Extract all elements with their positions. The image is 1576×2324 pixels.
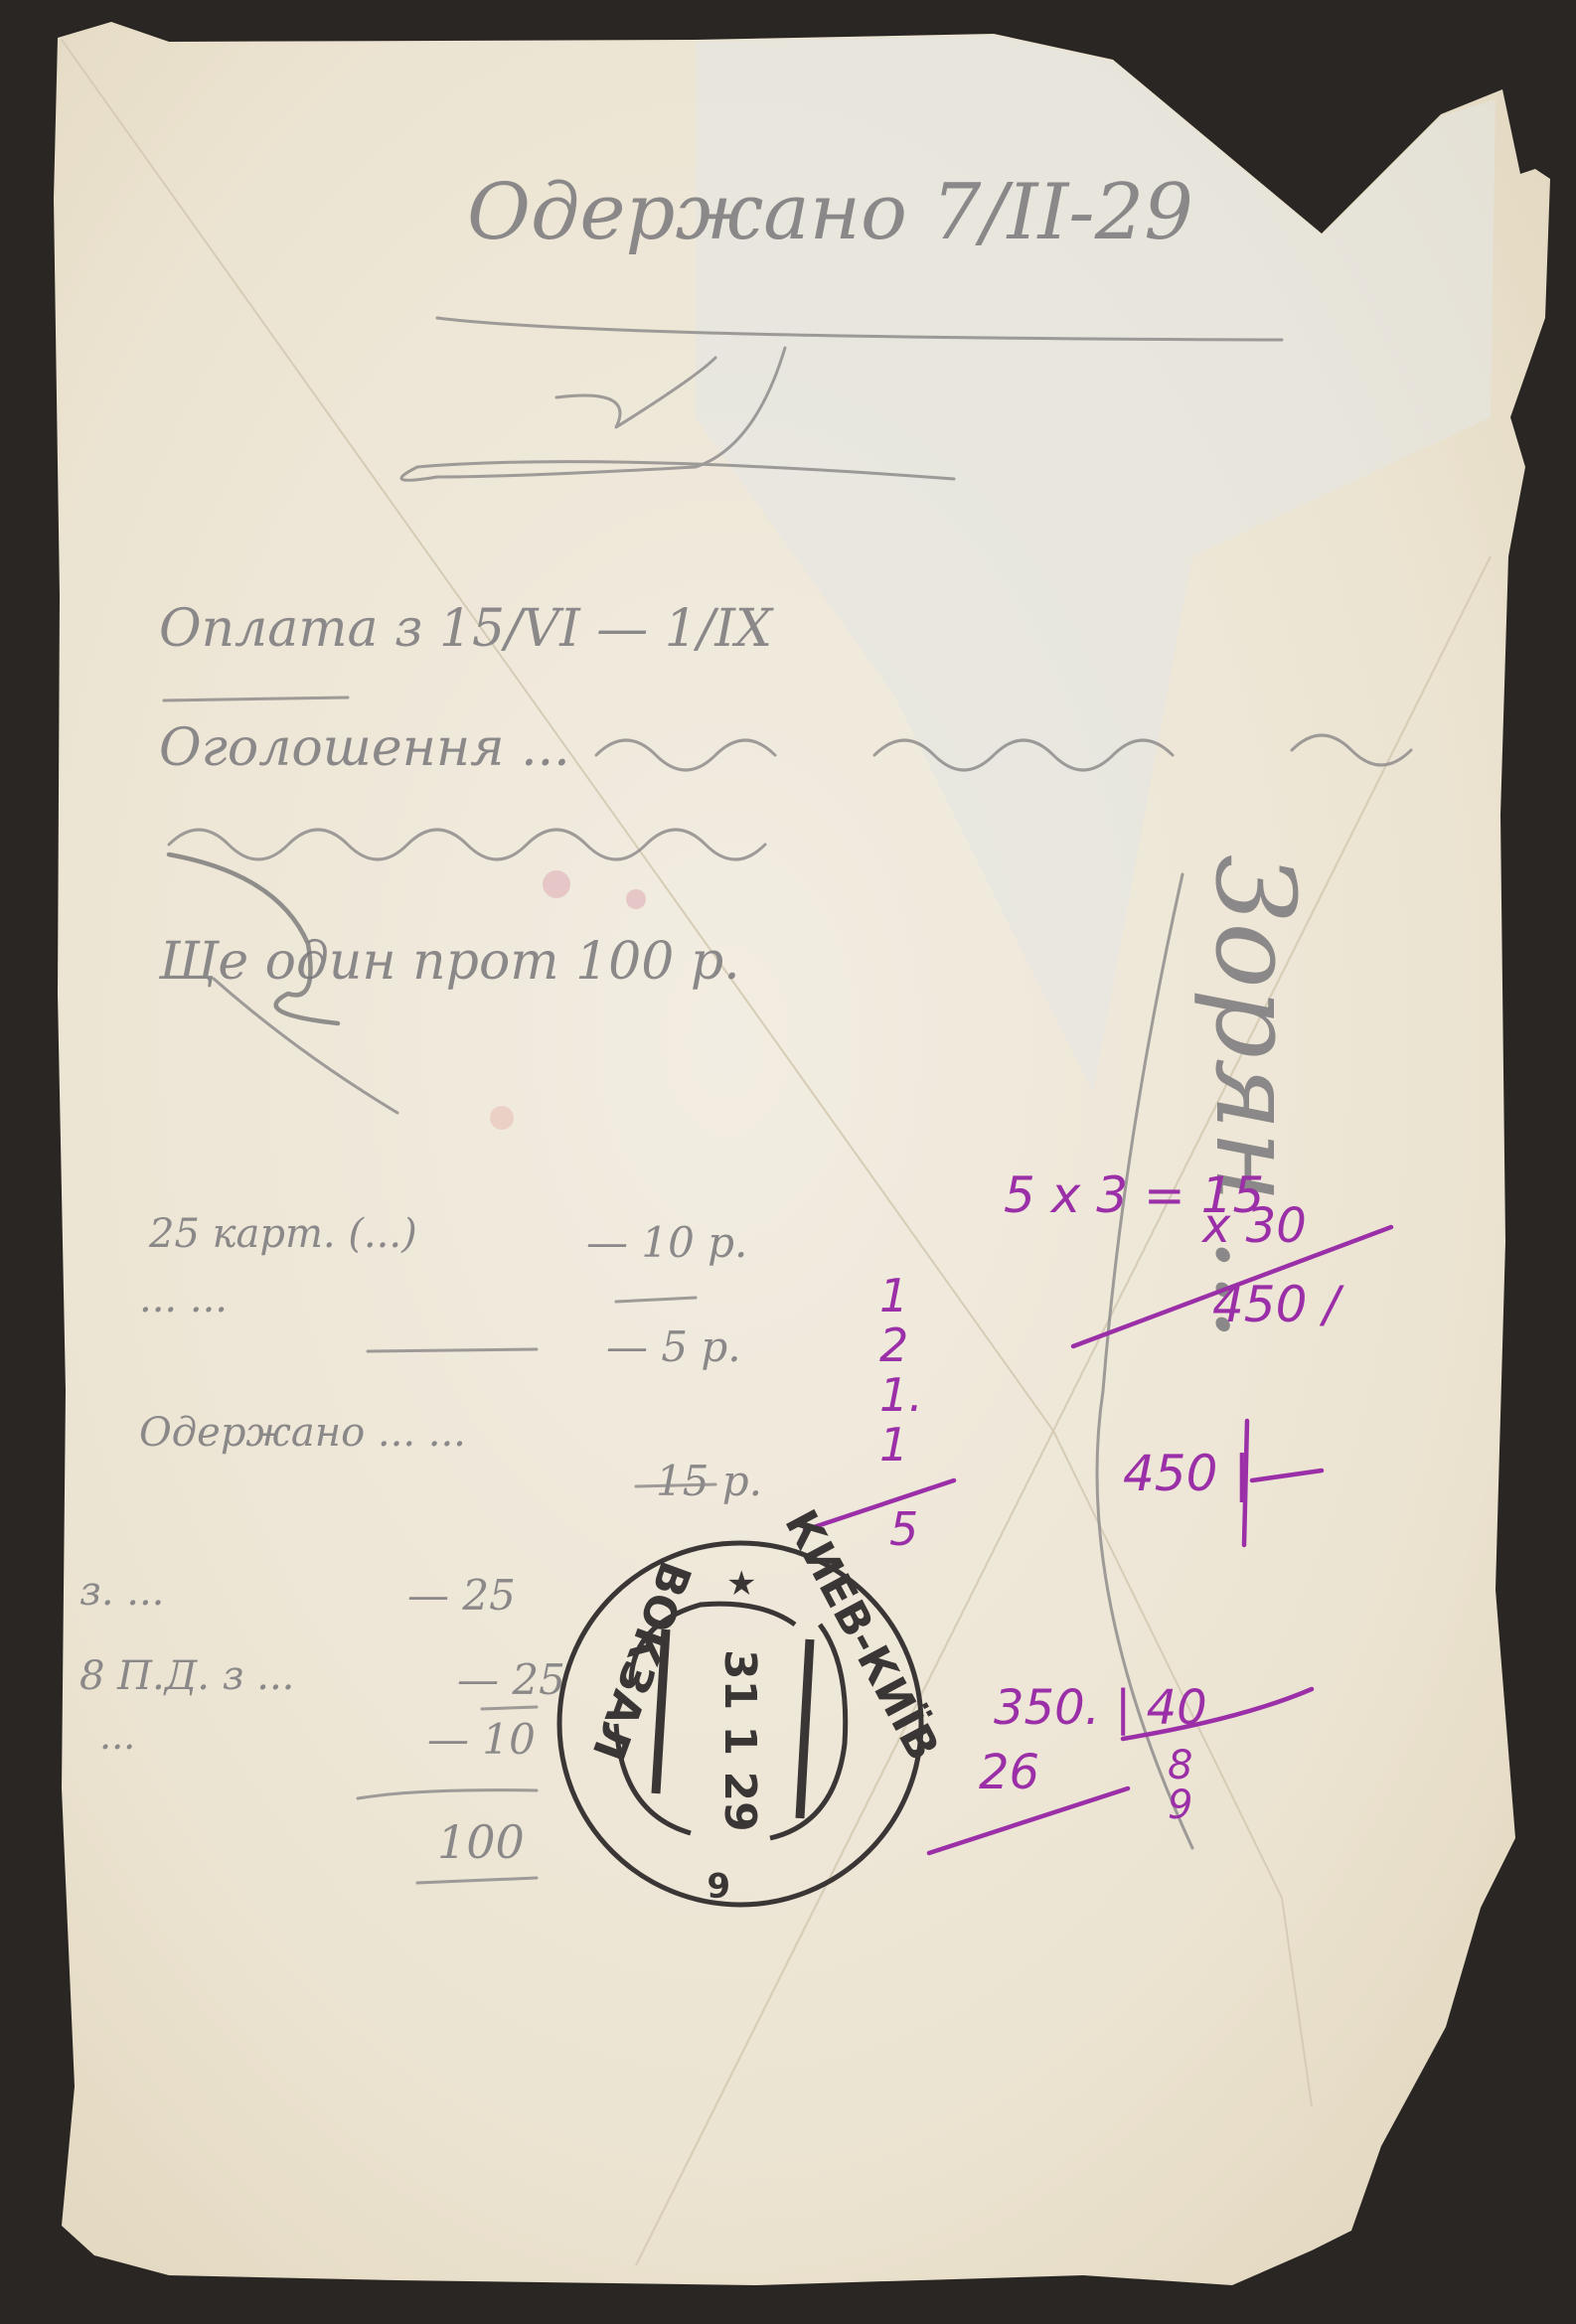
postmark-code: 6 xyxy=(707,1864,730,1904)
calc-column-3: 1. xyxy=(879,1368,923,1422)
pencil-note-1: Оплата з 15/VI — 1/IX xyxy=(159,599,774,659)
calc-middle: 450 | xyxy=(1123,1445,1250,1502)
calc-top-2: x 30 xyxy=(1200,1198,1307,1254)
ledger-row-5-label: 8 П.Д. з ... xyxy=(79,1653,294,1699)
stain xyxy=(543,870,570,898)
ledger-row-2-amount: — 5 р. xyxy=(606,1322,741,1371)
vertical-pencil-word: Зорян ... xyxy=(1191,854,1319,1341)
ledger-row-3-amount: 15 р. xyxy=(656,1457,762,1505)
stain xyxy=(626,889,646,909)
ledger-row-4-label: з. ... xyxy=(79,1569,164,1615)
calc-top-3: 450 / xyxy=(1212,1276,1344,1333)
stain xyxy=(490,1106,514,1130)
pencil-header-line1: Одержано 7/II-29 xyxy=(467,168,1193,257)
ledger-row-1-amount: — 10 р. xyxy=(586,1218,747,1267)
envelope-photo: Одержано 7/II-29 Оплата з 15/VI — 1/IX О… xyxy=(0,0,1576,2324)
ledger-row-6-label: ... xyxy=(99,1714,135,1758)
calc-bottom-2: 26 xyxy=(979,1745,1039,1800)
calc-bottom-4: 9 xyxy=(1168,1782,1192,1828)
calc-column-1: 1 xyxy=(879,1269,908,1322)
pencil-note-2: Оголошення ... xyxy=(159,718,570,778)
calc-column-4: 1 xyxy=(879,1418,908,1472)
ledger-row-1-label: 25 карт. (...) xyxy=(148,1211,417,1257)
postmark-star: ★ xyxy=(726,1564,756,1604)
ledger-row-3-label: Одержано ... ... xyxy=(139,1410,466,1456)
ledger-row-6-amount: — 10 xyxy=(427,1715,536,1764)
ledger-row-4-amount: — 25 xyxy=(407,1571,516,1620)
calc-column-5: 5 xyxy=(889,1502,918,1556)
pencil-note-4: Ще один прот 100 р. xyxy=(158,932,740,992)
ledger-row-5-amount: — 25 xyxy=(457,1655,565,1704)
ledger-total: 100 xyxy=(437,1815,525,1869)
calc-column-2: 2 xyxy=(879,1318,908,1372)
ledger-row-2-label: ... ... xyxy=(139,1276,228,1321)
postmark-date: 31 1 29 xyxy=(714,1649,765,1832)
